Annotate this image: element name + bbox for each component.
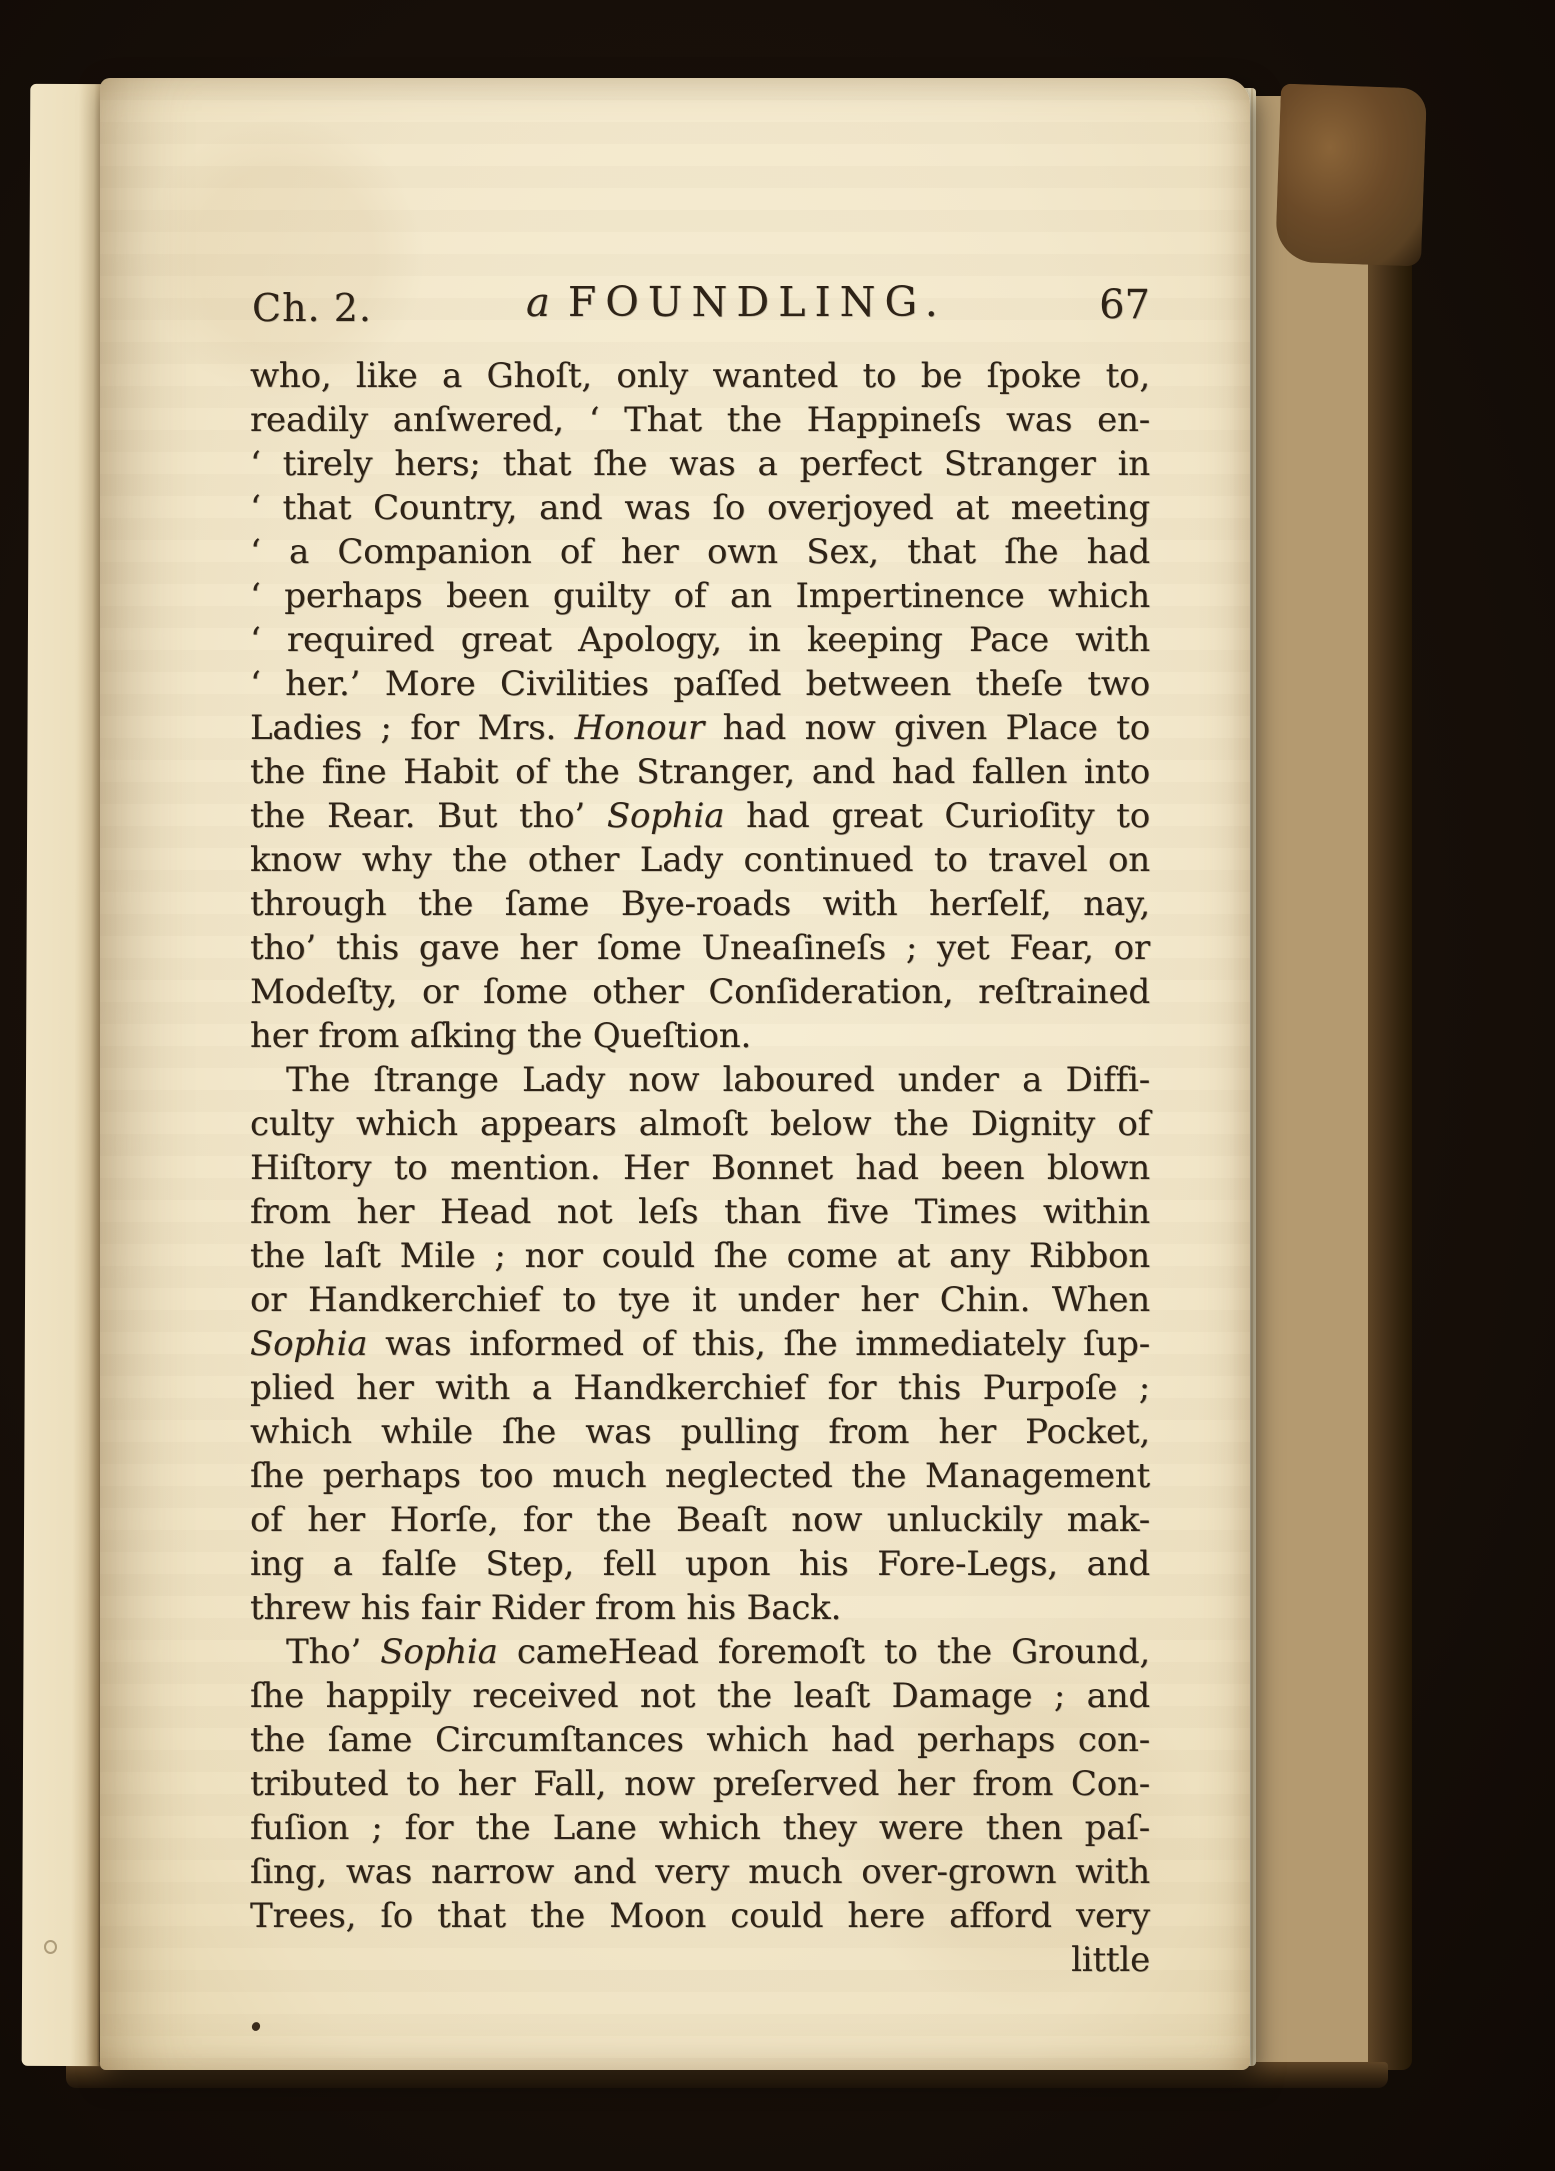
roman-text: ‘ that Country, and was ſo overjoyed at … [250, 488, 1150, 528]
roman-text: the laſt Mile ; nor could ſhe come at an… [250, 1236, 1150, 1276]
text-line: ‘ her.’ More Civilities paſſed between t… [250, 662, 1150, 706]
roman-text: from her Head not leſs than five Times w… [250, 1192, 1150, 1232]
roman-text: ſing, was narrow and very much over-grow… [250, 1852, 1150, 1892]
roman-text: ‘ a Companion of her own Sex, that ſhe h… [250, 532, 1150, 572]
page-number: 67 [1060, 282, 1150, 328]
running-title-text: FOUNDLING. [568, 278, 947, 326]
text-line: which while ſhe was pulling from her Poc… [250, 1410, 1150, 1454]
ink-blemish [250, 2021, 261, 2033]
text-line: Ladies ; for Mrs. Honour had now given P… [250, 706, 1150, 750]
text-line: Sophia was informed of this, ſhe immedia… [250, 1322, 1150, 1366]
text-line: ſhe perhaps too much neglected the Manag… [250, 1454, 1150, 1498]
text-line: ſhe happily received not the leaſt Damag… [250, 1674, 1150, 1718]
roman-text: which while ſhe was pulling from her Poc… [250, 1412, 1150, 1452]
roman-text: cameHead foremoſt to the Ground, [498, 1632, 1150, 1672]
text-line: ‘ a Companion of her own Sex, that ſhe h… [250, 530, 1150, 574]
roman-text: ing a falſe Step, fell upon his Fore-Leg… [250, 1544, 1150, 1584]
chapter-label: Ch. 2. [252, 286, 372, 330]
roman-text: ‘ required great Apology, in keeping Pac… [250, 620, 1150, 660]
text-line: Modeſty, or ſome other Conſideration, re… [250, 970, 1150, 1014]
text-line: The ſtrange Lady now laboured under a Di… [250, 1058, 1150, 1102]
running-title-article: a [526, 280, 550, 326]
italic-text: Sophia [607, 796, 724, 836]
text-line: Hiſtory to mention. Her Bonnet had been … [250, 1146, 1150, 1190]
book-cover-corner [1275, 84, 1427, 267]
roman-text: who, like a Ghoſt, only wanted to be ſpo… [250, 356, 1150, 396]
roman-text: culty which appears almoſt below the Dig… [250, 1104, 1150, 1144]
paper-blemish [44, 1940, 57, 1954]
text-line: the fine Habit of the Stranger, and had … [250, 750, 1150, 794]
roman-text: Hiſtory to mention. Her Bonnet had been … [250, 1148, 1150, 1188]
text-line: of her Horſe, for the Beaſt now unluckil… [250, 1498, 1150, 1542]
roman-text: The ſtrange Lady now laboured under a Di… [286, 1060, 1150, 1100]
roman-text: Trees, ſo that the Moon could here affor… [250, 1896, 1150, 1936]
text-line: Trees, ſo that the Moon could here affor… [250, 1894, 1150, 1938]
roman-text: tributed to her Fall, now preſerved her … [250, 1764, 1150, 1804]
roman-text: or Handkerchief to tye it under her Chin… [250, 1280, 1150, 1320]
roman-text: threw his fair Rider from his Back. [250, 1588, 841, 1628]
text-line: fuſion ; for the Lane which they were th… [250, 1806, 1150, 1850]
roman-text: know why the other Lady continued to tra… [250, 840, 1150, 880]
roman-text: through the ſame Bye-roads with herſelf,… [250, 884, 1150, 924]
book-fore-edge-pages [1248, 96, 1376, 2064]
roman-text: ‘ her.’ More Civilities paſſed between t… [250, 664, 1150, 704]
roman-text: tho’ this gave her ſome Uneaſineſs ; yet… [250, 928, 1150, 968]
roman-text: the fine Habit of the Stranger, and had … [250, 752, 1150, 792]
text-line: her from aſking the Queſtion. [250, 1014, 1150, 1058]
text-line: threw his fair Rider from his Back. [250, 1586, 1150, 1630]
text-line: the Rear. But tho’ Sophia had great Curi… [250, 794, 1150, 838]
roman-text: her from aſking the Queſtion. [250, 1016, 751, 1056]
text-line: Tho’ Sophia cameHead foremoſt to the Gro… [250, 1630, 1150, 1674]
text-line: who, like a Ghoſt, only wanted to be ſpo… [250, 354, 1150, 398]
italic-text: Sophia [250, 1324, 367, 1364]
roman-text: had now given Place to [704, 708, 1150, 748]
text-line: ſing, was narrow and very much over-grow… [250, 1850, 1150, 1894]
text-line: plied her with a Handkerchief for this P… [250, 1366, 1150, 1410]
roman-text: was informed of this, ſhe immediately ſu… [367, 1324, 1150, 1364]
italic-text: Sophia [380, 1632, 497, 1672]
text-line: ‘ that Country, and was ſo overjoyed at … [250, 486, 1150, 530]
roman-text: Modeſty, or ſome other Conſideration, re… [250, 972, 1150, 1012]
text-line: ‘ required great Apology, in keeping Pac… [250, 618, 1150, 662]
book-cover-edge [1368, 108, 1412, 2070]
roman-text: of her Horſe, for the Beaſt now unluckil… [250, 1500, 1150, 1540]
text-line: tributed to her Fall, now preſerved her … [250, 1762, 1150, 1806]
text-line: ‘ perhaps been guilty of an Impertinence… [250, 574, 1150, 618]
text-line: through the ſame Bye-roads with herſelf,… [250, 882, 1150, 926]
text-line: the laſt Mile ; nor could ſhe come at an… [250, 1234, 1150, 1278]
roman-text: the Rear. But tho’ [250, 796, 607, 836]
running-title: aFOUNDLING. [526, 278, 947, 326]
body-text: who, like a Ghoſt, only wanted to be ſpo… [250, 354, 1150, 1982]
roman-text: plied her with a Handkerchief for this P… [250, 1368, 1150, 1408]
roman-text: Ladies ; for Mrs. [250, 708, 575, 748]
text-line: readily anſwered, ‘ That the Happineſs w… [250, 398, 1150, 442]
text-line: know why the other Lady continued to tra… [250, 838, 1150, 882]
roman-text: readily anſwered, ‘ That the Happineſs w… [250, 400, 1150, 440]
text-line: ‘ tirely hers; that ſhe was a perfect St… [250, 442, 1150, 486]
italic-text: Honour [575, 708, 704, 748]
text-line: tho’ this gave her ſome Uneaſineſs ; yet… [250, 926, 1150, 970]
facing-page-gutter [22, 84, 109, 2066]
catchword: little [250, 1938, 1150, 1982]
text-line: from her Head not leſs than five Times w… [250, 1190, 1150, 1234]
text-line: the ſame Circumſtances which had perhaps… [250, 1718, 1150, 1762]
roman-text: Tho’ [286, 1632, 380, 1672]
roman-text: ‘ tirely hers; that ſhe was a perfect St… [250, 444, 1150, 484]
roman-text: ſhe perhaps too much neglected the Manag… [250, 1456, 1150, 1496]
text-line: culty which appears almoſt below the Dig… [250, 1102, 1150, 1146]
roman-text: had great Curioſity to [724, 796, 1150, 836]
roman-text: fuſion ; for the Lane which they were th… [250, 1808, 1150, 1848]
roman-text: ‘ perhaps been guilty of an Impertinence… [250, 576, 1150, 616]
photo-background: Ch. 2. aFOUNDLING. 67 who, like a Ghoſt,… [0, 0, 1555, 2171]
text-line: ing a falſe Step, fell upon his Fore-Leg… [250, 1542, 1150, 1586]
roman-text: the ſame Circumſtances which had perhaps… [250, 1720, 1150, 1760]
roman-text: ſhe happily received not the leaſt Damag… [250, 1676, 1150, 1716]
book-page: Ch. 2. aFOUNDLING. 67 who, like a Ghoſt,… [100, 78, 1250, 2070]
text-line: or Handkerchief to tye it under her Chin… [250, 1278, 1150, 1322]
